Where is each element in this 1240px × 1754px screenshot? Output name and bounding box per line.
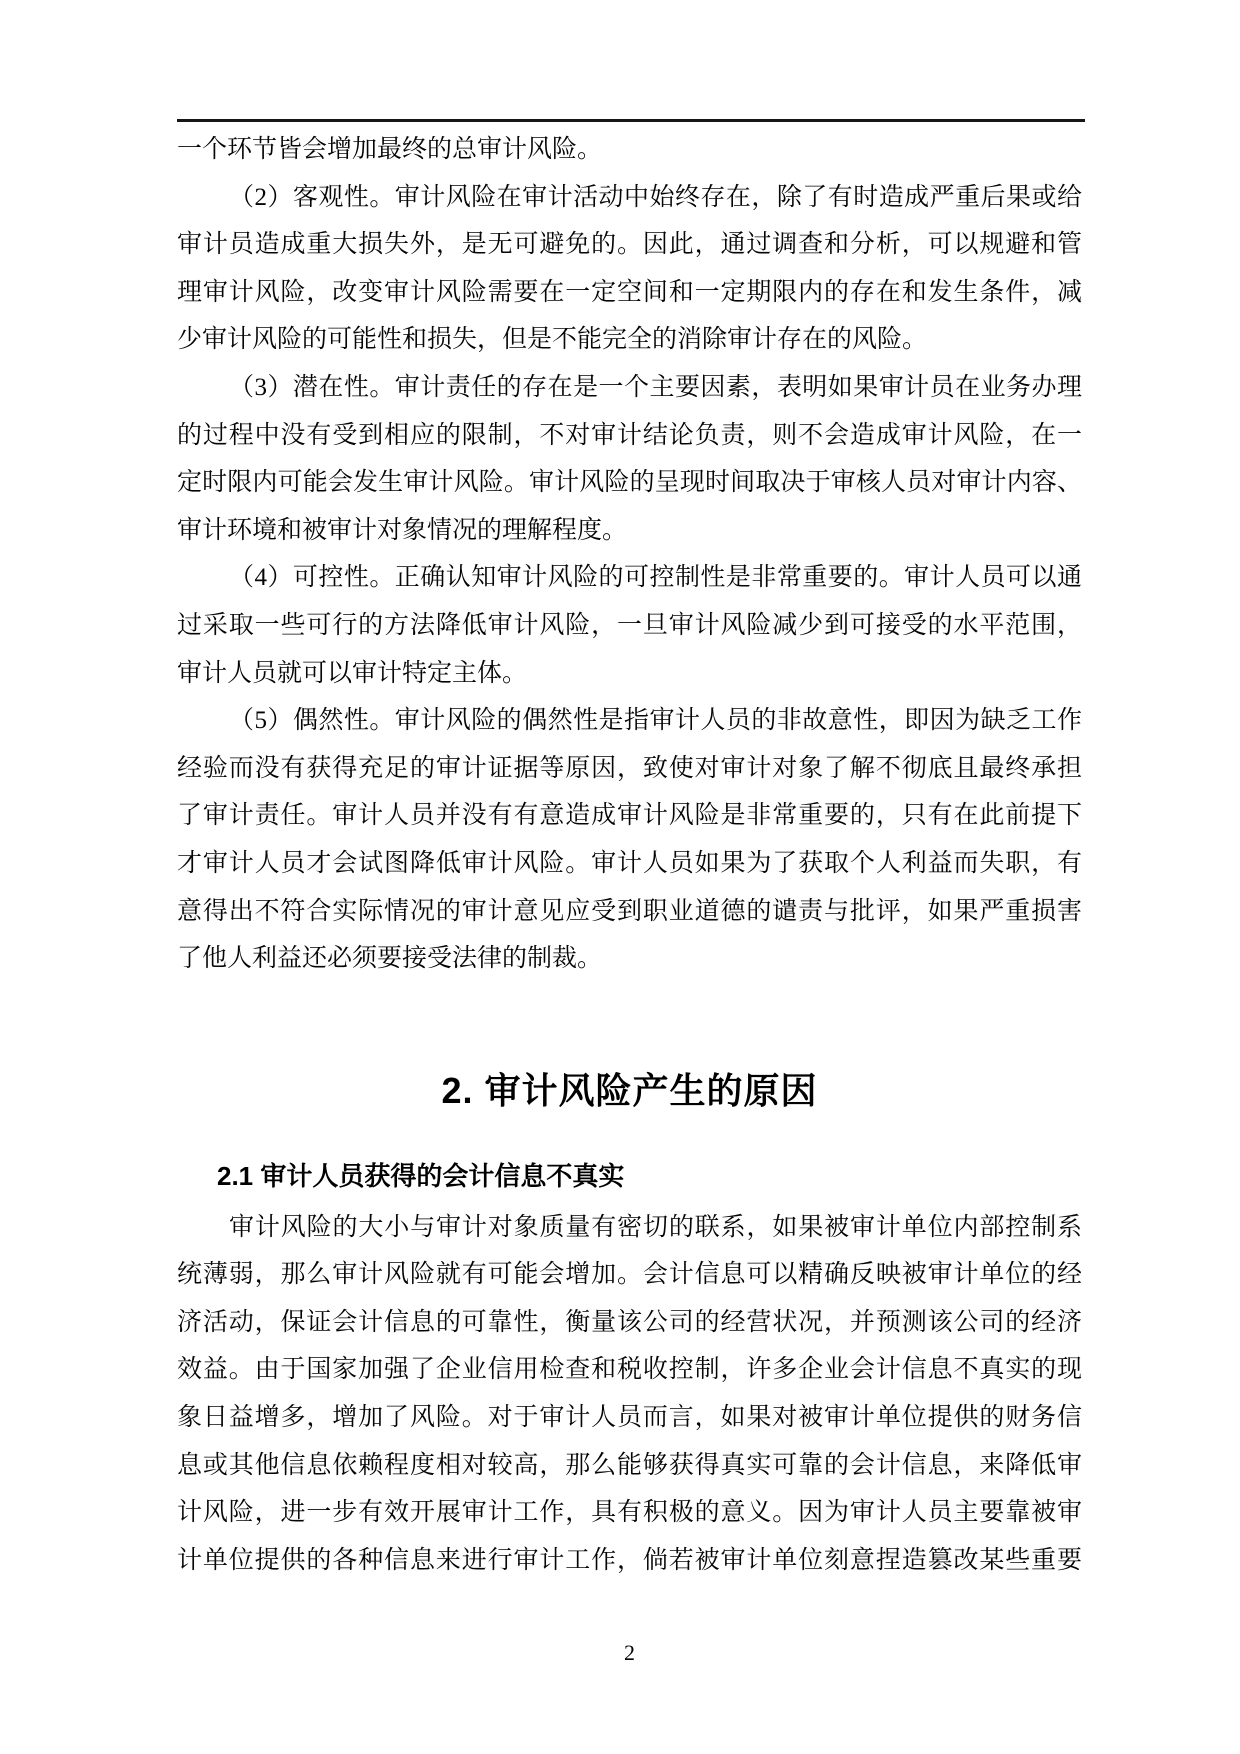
text-line: 象日益增多，增加了风险。对于审计人员而言，如果对被审计单位提供的财务信 <box>177 1394 1082 1442</box>
paragraph: （4）可控性。正确认知审计风险的可控制性是非常重要的。审计人员可以通过采取一些可… <box>177 554 1082 697</box>
text-line: 了审计责任。审计人员并没有有意造成审计风险是非常重要的，只有在此前提下 <box>177 792 1082 840</box>
text-line: 统薄弱，那么审计风险就有可能会增加。会计信息可以精确反映被审计单位的经 <box>177 1251 1082 1299</box>
text-line: 的过程中没有受到相应的限制，不对审计结论负责，则不会造成审计风险，在一 <box>177 412 1082 460</box>
text-line: 审计环境和被审计对象情况的理解程度。 <box>177 507 1082 555</box>
text-line: 一个环节皆会增加最终的总审计风险。 <box>177 126 1082 174</box>
text-line: （2）客观性。审计风险在审计活动中始终存在，除了有时造成严重后果或给 <box>177 174 1082 222</box>
header-rule <box>177 119 1085 122</box>
text-line: 济活动，保证会计信息的可靠性，衡量该公司的经营状况，并预测该公司的经济 <box>177 1299 1082 1347</box>
paragraph: （3）潜在性。审计责任的存在是一个主要因素，表明如果审计员在业务办理的过程中没有… <box>177 364 1082 554</box>
text-line: 少审计风险的可能性和损失，但是不能完全的消除审计存在的风险。 <box>177 316 1082 364</box>
text-line: 意得出不符合实际情况的审计意见应受到职业道德的谴责与批评，如果严重损害 <box>177 888 1082 936</box>
body-text-block: 一个环节皆会增加最终的总审计风险。（2）客观性。审计风险在审计活动中始终存在，除… <box>177 126 1082 983</box>
text-line: 经验而没有获得充足的审计证据等原因，致使对审计对象了解不彻底且最终承担 <box>177 745 1082 793</box>
text-line: 了他人利益还必须要接受法律的制裁。 <box>177 935 1082 983</box>
paragraph: 审计风险的大小与审计对象质量有密切的联系，如果被审计单位内部控制系统薄弱，那么审… <box>177 1204 1082 1585</box>
text-line: 才审计人员才会试图降低审计风险。审计人员如果为了获取个人利益而失职，有 <box>177 840 1082 888</box>
text-line: 计风险，进一步有效开展审计工作，具有积极的意义。因为审计人员主要靠被审 <box>177 1489 1082 1537</box>
paragraph: （5）偶然性。审计风险的偶然性是指审计人员的非故意性，即因为缺乏工作经验而没有获… <box>177 697 1082 983</box>
paragraph: （2）客观性。审计风险在审计活动中始终存在，除了有时造成严重后果或给审计员造成重… <box>177 174 1082 364</box>
text-line: （3）潜在性。审计责任的存在是一个主要因素，表明如果审计员在业务办理 <box>177 364 1082 412</box>
text-line: 息或其他信息依赖程度相对较高，那么能够获得真实可靠的会计信息，来降低审 <box>177 1442 1082 1490</box>
document-page: 一个环节皆会增加最终的总审计风险。（2）客观性。审计风险在审计活动中始终存在，除… <box>0 0 1240 1754</box>
text-line: 定时限内可能会发生审计风险。审计风险的呈现时间取决于审核人员对审计内容、 <box>177 459 1082 507</box>
text-line: 计单位提供的各种信息来进行审计工作，倘若被审计单位刻意捏造篡改某些重要 <box>177 1537 1082 1585</box>
section-text-block: 审计风险的大小与审计对象质量有密切的联系，如果被审计单位内部控制系统薄弱，那么审… <box>177 1204 1082 1585</box>
text-line: 审计人员就可以审计特定主体。 <box>177 650 1082 698</box>
text-line: 审计风险的大小与审计对象质量有密切的联系，如果被审计单位内部控制系 <box>177 1204 1082 1252</box>
text-line: 理审计风险，改变审计风险需要在一定空间和一定期限内的存在和发生条件，减 <box>177 269 1082 317</box>
text-line: 审计员造成重大损失外，是无可避免的。因此，通过调查和分析，可以规避和管 <box>177 221 1082 269</box>
text-line: 过采取一些可行的方法降低审计风险，一旦审计风险减少到可接受的水平范围， <box>177 602 1082 650</box>
text-line: 效益。由于国家加强了企业信用检查和税收控制，许多企业会计信息不真实的现 <box>177 1346 1082 1394</box>
paragraph: 一个环节皆会增加最终的总审计风险。 <box>177 126 1082 174</box>
page-footer: 2 <box>177 1638 1082 1668</box>
page-number: 2 <box>624 1640 635 1665</box>
text-line: （5）偶然性。审计风险的偶然性是指审计人员的非故意性，即因为缺乏工作 <box>177 697 1082 745</box>
text-line: （4）可控性。正确认知审计风险的可控制性是非常重要的。审计人员可以通 <box>177 554 1082 602</box>
subsection-heading: 2.1 审计人员获得的会计信息不真实 <box>177 1152 1082 1200</box>
page-content: 一个环节皆会增加最终的总审计风险。（2）客观性。审计风险在审计活动中始终存在，除… <box>177 126 1082 1584</box>
section-heading: 2. 审计风险产生的原因 <box>177 1067 1082 1115</box>
